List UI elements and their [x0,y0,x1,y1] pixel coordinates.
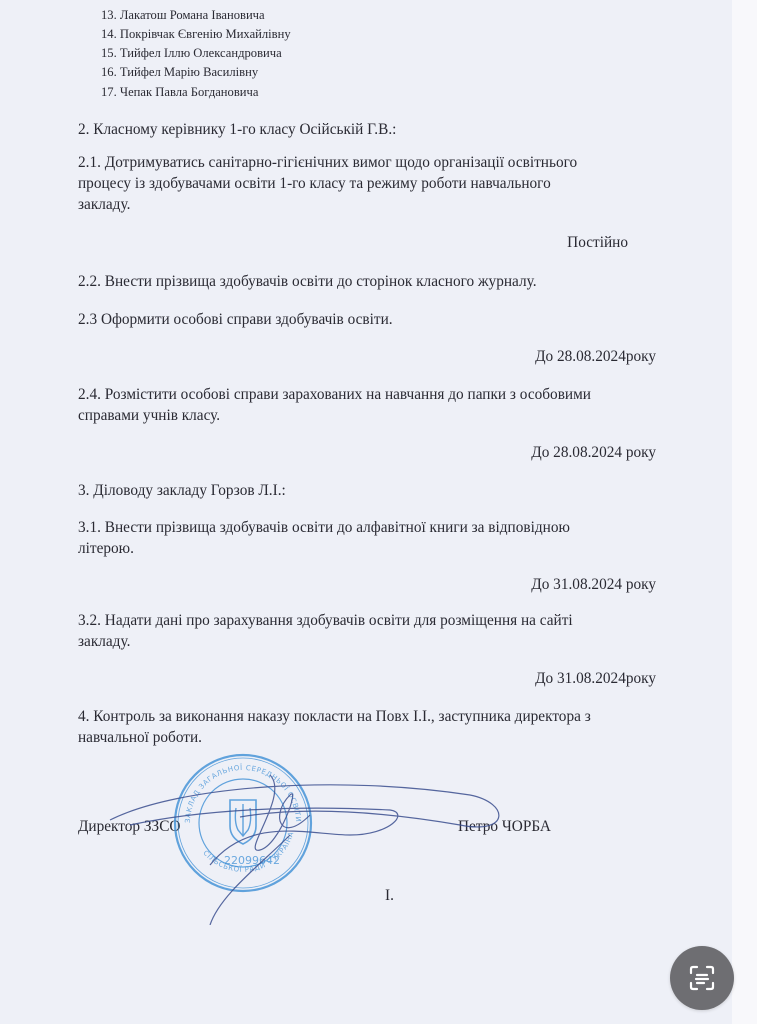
official-stamp-icon: 22099642 ЗАКЛАД ЗАГАЛЬНОЇ СЕРЕДНЬОЇ ОСВІ… [172,752,314,894]
list-item: 16. Тийфел Марію Василівну [101,63,258,82]
section-3-heading: 3. Діловоду закладу Горзов Л.І.: [78,481,286,501]
item-2-4-line: справами учнів класу. [78,406,220,426]
item-2-2-line: 2.2. Внести прізвища здобувачів освіти д… [78,272,537,292]
signer-name: Петро ЧОРБА [458,817,551,837]
text-scan-icon [687,963,717,993]
list-item: 17. Чепак Павла Богдановича [101,83,258,102]
item-3-2-line: 3.2. Надати дані про зарахування здобува… [78,611,573,631]
item-2-1-line: 2.1. Дотримуватись санітарно-гігієнічних… [78,153,577,173]
list-item: 13. Лакатош Романа Івановича [101,6,265,25]
item-2-3-deadline: До 28.08.2024року [535,347,656,367]
section-2-heading: 2. Класному керівнику 1-го класу Осійськ… [78,120,396,140]
list-item: 15. Тийфел Іллю Олександровича [101,44,282,63]
item-2-1-line: закладу. [78,195,130,215]
svg-text:ЗАКЛАД ЗАГАЛЬНОЇ СЕРЕДНЬОЇ ОСВ: ЗАКЛАД ЗАГАЛЬНОЇ СЕРЕДНЬОЇ ОСВІТИ БІЛЬШІ… [172,752,302,823]
item-3-1-line: 3.1. Внести прізвища здобувачів освіти д… [78,518,570,538]
item-2-1-line: процесу із здобувачами освіти 1-го класу… [78,174,551,194]
item-2-1-deadline: Постійно [567,233,628,253]
item-3-2-line: закладу. [78,632,130,652]
item-2-4-line: 2.4. Розмістити особові справи зарахован… [78,385,591,405]
list-item: 14. Покрівчак Євгенію Михайлівну [101,25,291,44]
signer-position: Директор ЗЗСО [78,817,180,837]
item-2-3-line: 2.3 Оформити особові справи здобувачів о… [78,310,393,330]
section-4-line: 4. Контроль за виконання наказу покласти… [78,707,591,727]
page-edge [732,0,757,1024]
scan-text-button[interactable] [670,946,734,1010]
item-3-1-deadline: До 31.08.2024 року [531,575,656,595]
document-page: 13. Лакатош Романа Івановича 14. Покрівч… [0,0,732,1024]
item-3-1-line: літерою. [78,539,134,559]
item-3-2-deadline: До 31.08.2024року [535,669,656,689]
section-4-line: навчальної роботи. [78,728,202,748]
handwritten-signature-icon [90,765,550,925]
item-2-4-deadline: До 28.08.2024 року [531,443,656,463]
footer-mark: І. [385,886,394,906]
